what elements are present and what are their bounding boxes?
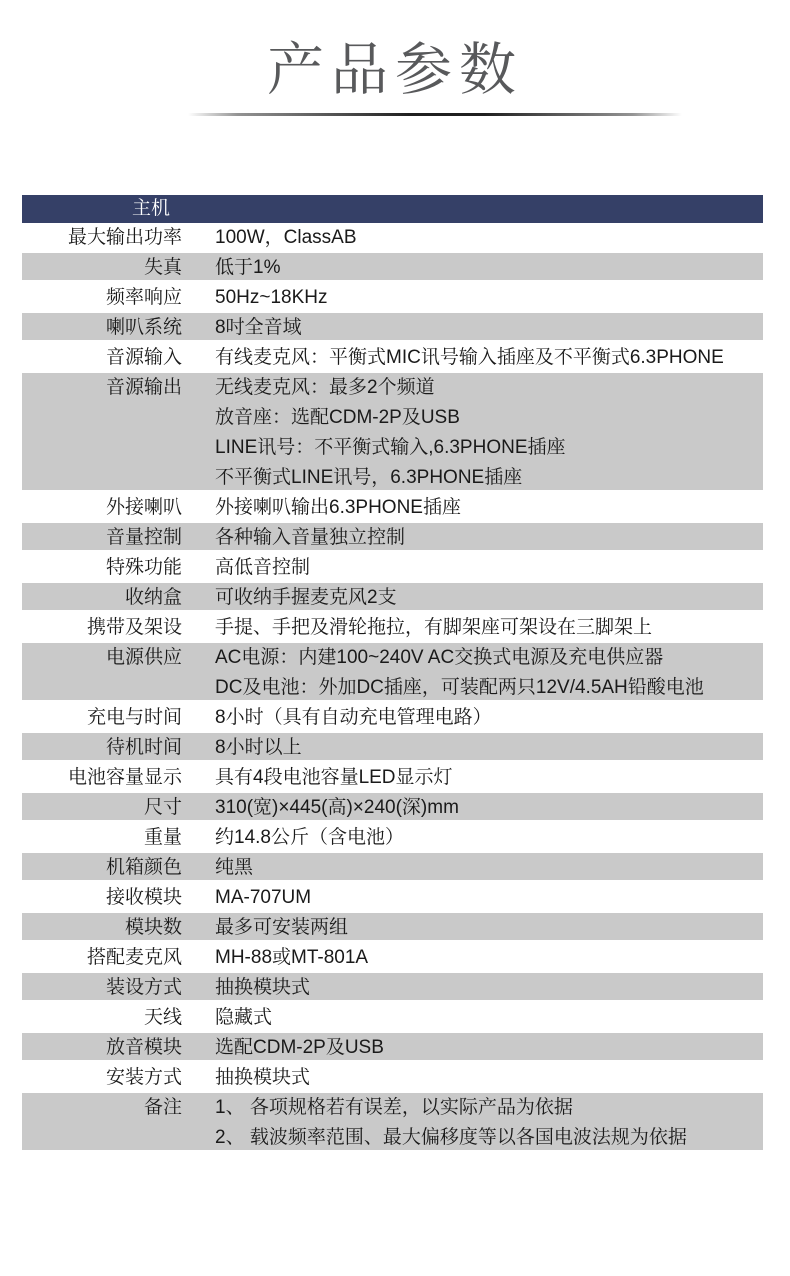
spec-row: 充电与时间8小时（具有自动充电管理电路）	[22, 703, 763, 733]
spec-values: 选配CDM-2P及USB	[215, 1033, 763, 1063]
spec-label: 天线	[22, 1003, 182, 1033]
spec-values: 1、 各项规格若有误差，以实际产品为依据2、 载波频率范围、最大偏移度等以各国电…	[215, 1093, 763, 1153]
spec-value-line: 各种输入音量独立控制	[215, 523, 763, 553]
spec-row: 重量约14.8公斤（含电池）	[22, 823, 763, 853]
spec-label: 充电与时间	[22, 703, 182, 733]
spec-values: 隐藏式	[215, 1003, 763, 1033]
spec-value-line: 不平衡式LINE讯号，6.3PHONE插座	[215, 463, 763, 493]
spec-row: 喇叭系统8吋全音域	[22, 313, 763, 343]
spec-values: 具有4段电池容量LED显示灯	[215, 763, 763, 793]
spec-row: 收纳盒可收纳手握麦克风2支	[22, 583, 763, 613]
spec-label: 装设方式	[22, 973, 182, 1003]
spec-value-line: 2、 载波频率范围、最大偏移度等以各国电波法规为依据	[215, 1123, 763, 1153]
product-spec-page: 产品参数 主机 最大输出功率100W，ClassAB失真低于1%频率响应50Hz…	[0, 0, 790, 1276]
spec-value-line: 1、 各项规格若有误差，以实际产品为依据	[215, 1093, 763, 1123]
spec-values: 8吋全音域	[215, 313, 763, 343]
spec-label: 外接喇叭	[22, 493, 182, 523]
spec-row: 安装方式抽换模块式	[22, 1063, 763, 1093]
spec-values: 外接喇叭输出6.3PHONE插座	[215, 493, 763, 523]
spec-row: 备注1、 各项规格若有误差，以实际产品为依据2、 载波频率范围、最大偏移度等以各…	[22, 1093, 763, 1153]
spec-values: MH-88或MT-801A	[215, 943, 763, 973]
spec-values: AC电源：内建100~240V AC交换式电源及充电供应器DC及电池：外加DC插…	[215, 643, 763, 703]
spec-row: 音量控制各种输入音量独立控制	[22, 523, 763, 553]
spec-row: 携带及架设手提、手把及滑轮拖拉，有脚架座可架设在三脚架上	[22, 613, 763, 643]
spec-label: 音量控制	[22, 523, 182, 553]
spec-value-line: LINE讯号：不平衡式输入,6.3PHONE插座	[215, 433, 763, 463]
spec-label: 机箱颜色	[22, 853, 182, 883]
spec-row: 待机时间8小时以上	[22, 733, 763, 763]
spec-row: 外接喇叭外接喇叭输出6.3PHONE插座	[22, 493, 763, 523]
spec-label: 接收模块	[22, 883, 182, 913]
spec-value-line: 最多可安装两组	[215, 913, 763, 943]
spec-label: 重量	[22, 823, 182, 853]
spec-values: 8小时以上	[215, 733, 763, 763]
spec-label: 电源供应	[22, 643, 182, 673]
spec-label: 特殊功能	[22, 553, 182, 583]
spec-value-line: 抽换模块式	[215, 1063, 763, 1093]
spec-values: 低于1%	[215, 253, 763, 283]
spec-label: 安装方式	[22, 1063, 182, 1093]
spec-value-line: 50Hz~18KHz	[215, 283, 763, 313]
spec-value-line: 具有4段电池容量LED显示灯	[215, 763, 763, 793]
title-divider	[188, 113, 682, 116]
spec-label: 电池容量显示	[22, 763, 182, 793]
spec-value-line: 抽换模块式	[215, 973, 763, 1003]
spec-value-line: 无线麦克风：最多2个频道	[215, 373, 763, 403]
spec-row: 模块数最多可安装两组	[22, 913, 763, 943]
table-body: 最大输出功率100W，ClassAB失真低于1%频率响应50Hz~18KHz喇叭…	[22, 223, 763, 1153]
spec-label: 携带及架设	[22, 613, 182, 643]
spec-value-line: 可收纳手握麦克风2支	[215, 583, 763, 613]
spec-values: 高低音控制	[215, 553, 763, 583]
spec-row: 接收模块MA-707UM	[22, 883, 763, 913]
spec-value-line: MA-707UM	[215, 883, 763, 913]
spec-value-line: 低于1%	[215, 253, 763, 283]
spec-value-line: DC及电池：外加DC插座，可装配两只12V/4.5AH铅酸电池	[215, 673, 763, 703]
spec-label: 音源输出	[22, 373, 182, 403]
spec-values: 50Hz~18KHz	[215, 283, 763, 313]
spec-values: 无线麦克风：最多2个频道放音座：选配CDM-2P及USBLINE讯号：不平衡式输…	[215, 373, 763, 493]
page-title: 产品参数	[0, 0, 790, 104]
spec-label: 尺寸	[22, 793, 182, 823]
spec-values: 各种输入音量独立控制	[215, 523, 763, 553]
spec-value-line: 高低音控制	[215, 553, 763, 583]
spec-value-line: 100W，ClassAB	[215, 223, 763, 253]
table-header-row: 主机	[22, 195, 763, 223]
spec-row: 音源输出无线麦克风：最多2个频道放音座：选配CDM-2P及USBLINE讯号：不…	[22, 373, 763, 493]
spec-values: MA-707UM	[215, 883, 763, 913]
spec-value-line: 8小时（具有自动充电管理电路）	[215, 703, 763, 733]
spec-values: 抽换模块式	[215, 973, 763, 1003]
spec-values: 8小时（具有自动充电管理电路）	[215, 703, 763, 733]
table-header-label: 主机	[132, 198, 170, 219]
spec-values: 抽换模块式	[215, 1063, 763, 1093]
spec-row: 装设方式抽换模块式	[22, 973, 763, 1003]
spec-label: 放音模块	[22, 1033, 182, 1063]
spec-values: 约14.8公斤（含电池）	[215, 823, 763, 853]
spec-row: 电源供应AC电源：内建100~240V AC交换式电源及充电供应器DC及电池：外…	[22, 643, 763, 703]
spec-value-line: 8吋全音域	[215, 313, 763, 343]
spec-row: 天线隐藏式	[22, 1003, 763, 1033]
spec-label: 频率响应	[22, 283, 182, 313]
spec-label: 音源输入	[22, 343, 182, 373]
spec-values: 310(宽)×445(高)×240(深)mm	[215, 793, 763, 823]
spec-table: 主机 最大输出功率100W，ClassAB失真低于1%频率响应50Hz~18KH…	[22, 195, 763, 1153]
spec-values: 可收纳手握麦克风2支	[215, 583, 763, 613]
spec-value-line: 纯黑	[215, 853, 763, 883]
spec-label: 收纳盒	[22, 583, 182, 613]
spec-label: 最大输出功率	[22, 223, 182, 253]
spec-row: 搭配麦克风MH-88或MT-801A	[22, 943, 763, 973]
spec-row: 最大输出功率100W，ClassAB	[22, 223, 763, 253]
spec-value-line: 310(宽)×445(高)×240(深)mm	[215, 793, 763, 823]
spec-value-line: 手提、手把及滑轮拖拉，有脚架座可架设在三脚架上	[215, 613, 763, 643]
spec-row: 放音模块选配CDM-2P及USB	[22, 1033, 763, 1063]
spec-row: 音源输入有线麦克风：平衡式MIC讯号输入插座及不平衡式6.3PHONE	[22, 343, 763, 373]
spec-value-line: 约14.8公斤（含电池）	[215, 823, 763, 853]
spec-value-line: MH-88或MT-801A	[215, 943, 763, 973]
spec-value-line: 选配CDM-2P及USB	[215, 1033, 763, 1063]
spec-label: 待机时间	[22, 733, 182, 763]
spec-values: 最多可安装两组	[215, 913, 763, 943]
spec-row: 尺寸310(宽)×445(高)×240(深)mm	[22, 793, 763, 823]
spec-label: 备注	[22, 1093, 182, 1123]
spec-label: 喇叭系统	[22, 313, 182, 343]
spec-row: 频率响应50Hz~18KHz	[22, 283, 763, 313]
spec-values: 纯黑	[215, 853, 763, 883]
spec-row: 失真低于1%	[22, 253, 763, 283]
spec-value-line: 8小时以上	[215, 733, 763, 763]
spec-values: 手提、手把及滑轮拖拉，有脚架座可架设在三脚架上	[215, 613, 763, 643]
spec-value-line: 外接喇叭输出6.3PHONE插座	[215, 493, 763, 523]
spec-value-line: 放音座：选配CDM-2P及USB	[215, 403, 763, 433]
spec-row: 电池容量显示具有4段电池容量LED显示灯	[22, 763, 763, 793]
spec-label: 搭配麦克风	[22, 943, 182, 973]
spec-values: 100W，ClassAB	[215, 223, 763, 253]
spec-label: 模块数	[22, 913, 182, 943]
spec-values: 有线麦克风：平衡式MIC讯号输入插座及不平衡式6.3PHONE	[215, 343, 763, 373]
spec-row: 机箱颜色纯黑	[22, 853, 763, 883]
spec-value-line: 有线麦克风：平衡式MIC讯号输入插座及不平衡式6.3PHONE	[215, 343, 763, 373]
spec-label: 失真	[22, 253, 182, 283]
spec-value-line: 隐藏式	[215, 1003, 763, 1033]
spec-row: 特殊功能高低音控制	[22, 553, 763, 583]
spec-value-line: AC电源：内建100~240V AC交换式电源及充电供应器	[215, 643, 763, 673]
